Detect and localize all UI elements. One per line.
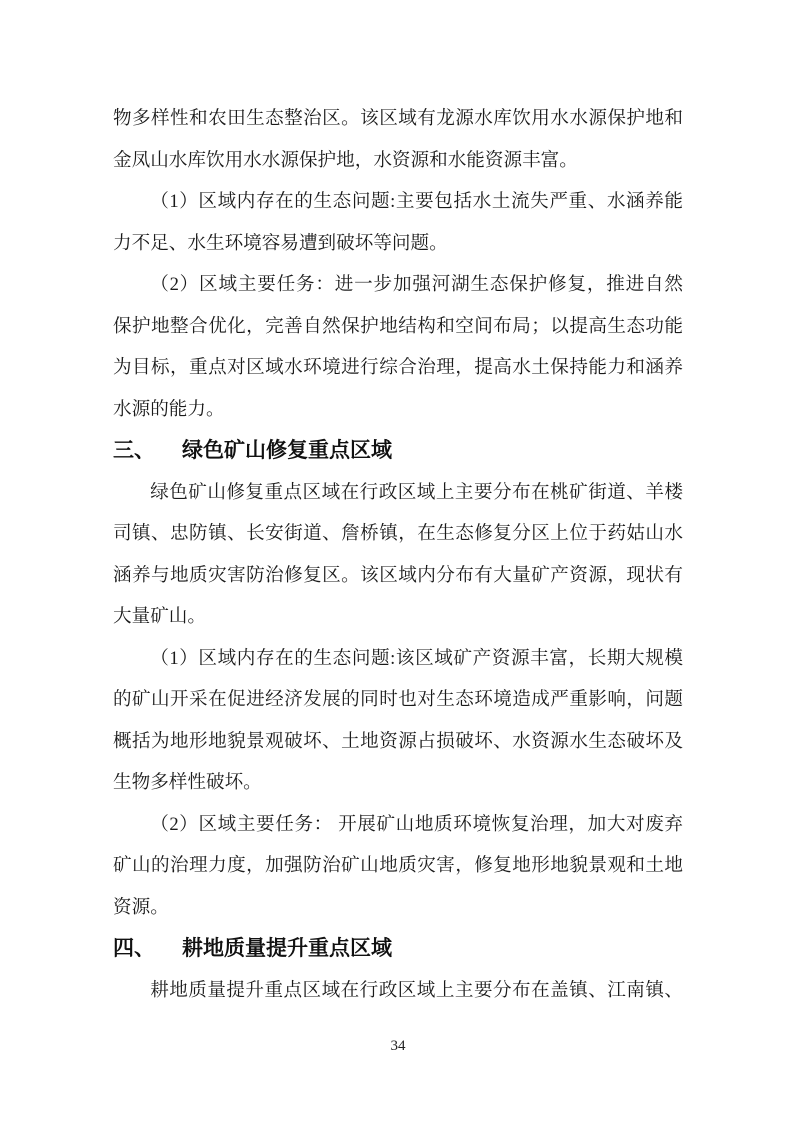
page-content: 物多样性和农田生态整治区。该区域有龙源水库饮用水水源保护地和金凤山水库饮用水水源… <box>113 98 683 1011</box>
section-heading: 四、耕地质量提升重点区域 <box>113 928 683 970</box>
text-line: 的矿山开采在促进经济发展的同时也对生态环境造成严重影响，问题 <box>113 679 683 721</box>
text-line: （2）区域主要任务：进一步加强河湖生态保护修复，推进自然 <box>113 264 683 306</box>
text-line: 大量矿山。 <box>113 596 683 638</box>
heading-title: 绿色矿山修复重点区域 <box>182 439 392 462</box>
text-line: 物多样性和农田生态整治区。该区域有龙源水库饮用水水源保护地和 <box>113 98 683 140</box>
text-line: 金凤山水库饮用水水源保护地，水资源和水能资源丰富。 <box>113 140 683 182</box>
text-line: 力不足、水生环境容易遭到破坏等问题。 <box>113 223 683 265</box>
text-line: 概括为地形地貌景观破坏、土地资源占损破坏、水资源水生态破坏及 <box>113 721 683 763</box>
text-line: （1）区域内存在的生态问题:主要包括水土流失严重、水涵养能 <box>113 181 683 223</box>
document-page: 物多样性和农田生态整治区。该区域有龙源水库饮用水水源保护地和金凤山水库饮用水水源… <box>0 0 793 1122</box>
section-heading: 三、绿色矿山修复重点区域 <box>113 430 683 472</box>
text-line: 涵养与地质灾害防治修复区。该区域内分布有大量矿产资源，现状有 <box>113 555 683 597</box>
heading-title: 耕地质量提升重点区域 <box>182 937 392 960</box>
text-line: 司镇、忠防镇、长安街道、詹桥镇，在生态修复分区上位于药姑山水 <box>113 513 683 555</box>
heading-number: 三、 <box>113 439 155 462</box>
text-line: 绿色矿山修复重点区域在行政区域上主要分布在桃矿街道、羊楼 <box>113 472 683 514</box>
heading-number: 四、 <box>113 937 155 960</box>
text-line: （2）区域主要任务： 开展矿山地质环境恢复治理，加大对废弃 <box>113 804 683 846</box>
text-line: 水源的能力。 <box>113 389 683 431</box>
page-number: 34 <box>113 1035 683 1057</box>
text-line: （1）区域内存在的生态问题:该区域矿产资源丰富，长期大规模 <box>113 638 683 680</box>
text-line: 资源。 <box>113 887 683 929</box>
text-line: 保护地整合优化，完善自然保护地结构和空间布局；以提高生态功能 <box>113 306 683 348</box>
text-line: 矿山的治理力度，加强防治矿山地质灾害，修复地形地貌景观和土地 <box>113 845 683 887</box>
text-line: 生物多样性破坏。 <box>113 762 683 804</box>
text-line: 为目标，重点对区域水环境进行综合治理，提高水土保持能力和涵养 <box>113 347 683 389</box>
text-line: 耕地质量提升重点区域在行政区域上主要分布在盖镇、江南镇、 <box>113 970 683 1012</box>
